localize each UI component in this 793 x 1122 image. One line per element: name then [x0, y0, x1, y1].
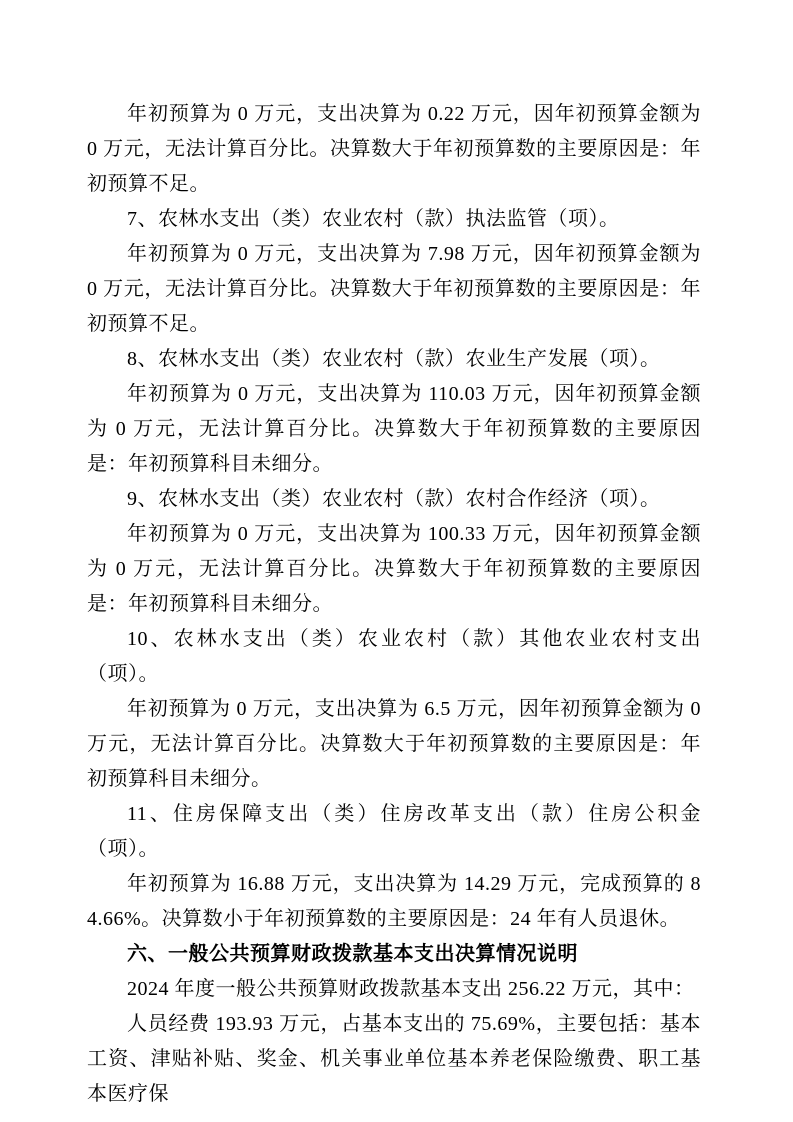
item11-title: 11、住房保障支出（类）住房改革支出（款）住房公积金（项）。 — [87, 797, 701, 867]
paragraph-item8-budget-note: 年初预算为 0 万元，支出决算为 110.03 万元，因年初预算金额为 0 万元… — [87, 377, 701, 482]
paragraph-item11-budget-note: 年初预算为 16.88 万元，支出决算为 14.29 万元，完成预算的 84.6… — [87, 867, 701, 937]
section-heading-basic-expenditure: 六、一般公共预算财政拨款基本支出决算情况说明 — [87, 937, 701, 972]
paragraph-basic-expenditure-total: 2024 年度一般公共预算财政拨款基本支出 256.22 万元，其中： — [87, 972, 701, 1007]
paragraph-item7-budget-note: 年初预算为 0 万元，支出决算为 7.98 万元，因年初预算金额为 0 万元，无… — [87, 237, 701, 342]
paragraph-personnel-expense: 人员经费 193.93 万元，占基本支出的 75.69%，主要包括：基本工资、津… — [87, 1007, 701, 1112]
item8-title: 8、农林水支出（类）农业农村（款）农业生产发展（项）。 — [87, 342, 701, 377]
paragraph-item10-budget-note: 年初预算为 0 万元，支出决算为 6.5 万元，因年初预算金额为 0 万元，无法… — [87, 692, 701, 797]
document-page: 年初预算为 0 万元，支出决算为 0.22 万元，因年初预算金额为 0 万元，无… — [0, 0, 793, 1122]
item9-title: 9、农林水支出（类）农业农村（款）农村合作经济（项）。 — [87, 482, 701, 517]
item7-title: 7、农林水支出（类）农业农村（款）执法监管（项）。 — [87, 202, 701, 237]
document-body: 年初预算为 0 万元，支出决算为 0.22 万元，因年初预算金额为 0 万元，无… — [87, 97, 701, 1112]
item10-title: 10、农林水支出（类）农业农村（款）其他农业农村支出（项）。 — [87, 622, 701, 692]
paragraph-item9-budget-note: 年初预算为 0 万元，支出决算为 100.33 万元，因年初预算金额为 0 万元… — [87, 517, 701, 622]
paragraph-item6-budget-note: 年初预算为 0 万元，支出决算为 0.22 万元，因年初预算金额为 0 万元，无… — [87, 97, 701, 202]
